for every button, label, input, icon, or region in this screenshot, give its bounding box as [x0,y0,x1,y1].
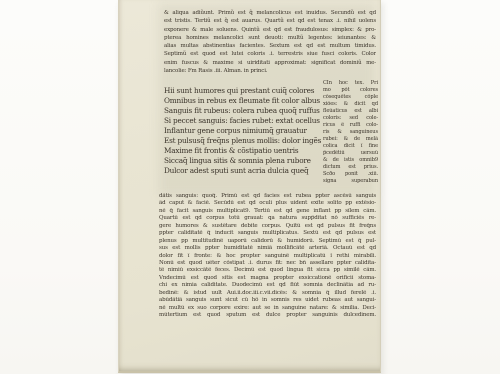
text-line: ppter caliditatẽ q̃ inducit sanguis mult… [159,230,376,237]
text-line: Quartũ est qd corpus totũ grauat̃: qa na… [159,215,376,222]
top-paragraph: & aliqua adiũunt. Primũ est q̃ melancoli… [164,9,376,75]
text-line: nẽ multũ ex suo corpore exire: aut se in… [159,305,376,312]
text-line: CIn hoc tex. Pri [323,80,378,87]
text-line: Maxime fit frontis & cõstipatio uentris [164,146,344,156]
text-line: pterea homines melancolici sunt deuoti: … [164,34,376,42]
text-line: sus est mollis ppter humiditatẽ nimiã mo… [159,245,376,252]
book-page: & aliqua adiũunt. Primũ est q̃ melancoli… [118,0,381,373]
text-line: & aliqua adiũunt. Primũ est q̃ melancoli… [164,9,376,17]
text-line: Omnibus in rebus ex fleumate fit color a… [164,96,344,106]
text-line: signa superabun [323,178,378,185]
text-line: enim fuscus & maxime si uiriditati appro… [164,59,376,67]
text-line: mo põt colores [323,87,378,94]
text-line: Dulcor adest sputi sunt acria dulcia que… [164,166,344,176]
text-line: abũdãtiã sanguis sunt sicut cũ hõ in som… [159,297,376,304]
text-line: plenus pp multitudinẽ uaporũ calidorũ & … [159,238,376,245]
text-line: Vndecimũ est quod sitis est magna propte… [159,275,376,282]
text-line: Nonũ est quod uẽter cõstipat̃ .i. durus … [159,260,376,267]
text-line: gere humores & sustẽtare debite corpus. … [159,223,376,230]
text-line: fleũaticus est albi [323,108,378,115]
text-line: bedinẽ: & istud uult Aui.ii.doc.iii.c.vi… [159,290,376,297]
text-line: ris & sanguineus [323,129,378,136]
text-line: Inflantur gene corpus nimiumq̃ grauatur [164,126,344,136]
text-line: Septimũ est quod est lutei coloris .i. t… [164,50,376,58]
text-line: colica dicit ĩ fine [323,143,378,150]
text-line: Scðo ponit .xiii. [323,171,378,178]
text-line: dictum est prius. [323,164,378,171]
text-line: nẽ q̃ facit sanguis multiplicat9. Tertiũ… [159,208,376,215]
text-line: chi ex nimia caliditate. Duodecimũ est q… [159,282,376,289]
text-line: & de istis omnib9 [323,157,378,164]
text-line: ãd caput & faciẽ. Secũdũ est qd oculi pl… [159,200,376,207]
text-line: lancolie: Fm Rasis .iii. Alman. in princ… [164,67,376,75]
text-line: Si peccet sanguis: facies rubet: extat o… [164,116,344,126]
text-line: cõsequẽtes cõple [323,94,378,101]
text-line: alias multas abstinentias facientes. Sex… [164,42,376,50]
text-line: Siccaq̃ lingua sitis & somnia plena rubo… [164,156,344,166]
bottom-paragraph: dãtis sanguis: quoq̃. Primũ est qd facie… [159,193,376,319]
margin-gloss-note: CIn hoc tex. Primo põt colorescõsequẽtes… [323,80,378,185]
text-line: tẽ nimiũ exsiccãtẽ feces. Decimũ est quo… [159,267,376,274]
text-line: est tristis. Tertiũ est q̃ est auarus. Q… [164,17,376,25]
text-line: ricus ẽ ruffi colo- [323,122,378,129]
text-line: xiões: & dicit qd [323,101,378,108]
text-line: rubei: & de melã [323,136,378,143]
text-line: Sanguis fit rubeus: colera rubea quoq̃ r… [164,106,344,116]
text-line: Est pulsusq̃ freq̃ns plenus mollis: dolo… [164,136,344,146]
text-line: p̃cedẽtiũ uersuũ [323,150,378,157]
text-line: dãtis sanguis: quoq̃. Primũ est qd facie… [159,193,376,200]
text-line: Hii sunt humores qui prestant cuiq̃ colo… [164,86,344,96]
text-line: mũtertium est quod sputum est dulce prop… [159,312,376,319]
text-line: dolor fit ĩ fronte: & hoc propter sangui… [159,253,376,260]
humoral-verse-block: Hii sunt humores qui prestant cuiq̃ colo… [164,86,344,176]
text-line: coloris: sed cole- [323,115,378,122]
text-line: exponere & male soluens. Quintũ est qd e… [164,26,376,34]
photo-background: & aliqua adiũunt. Primũ est q̃ melancoli… [0,0,500,374]
